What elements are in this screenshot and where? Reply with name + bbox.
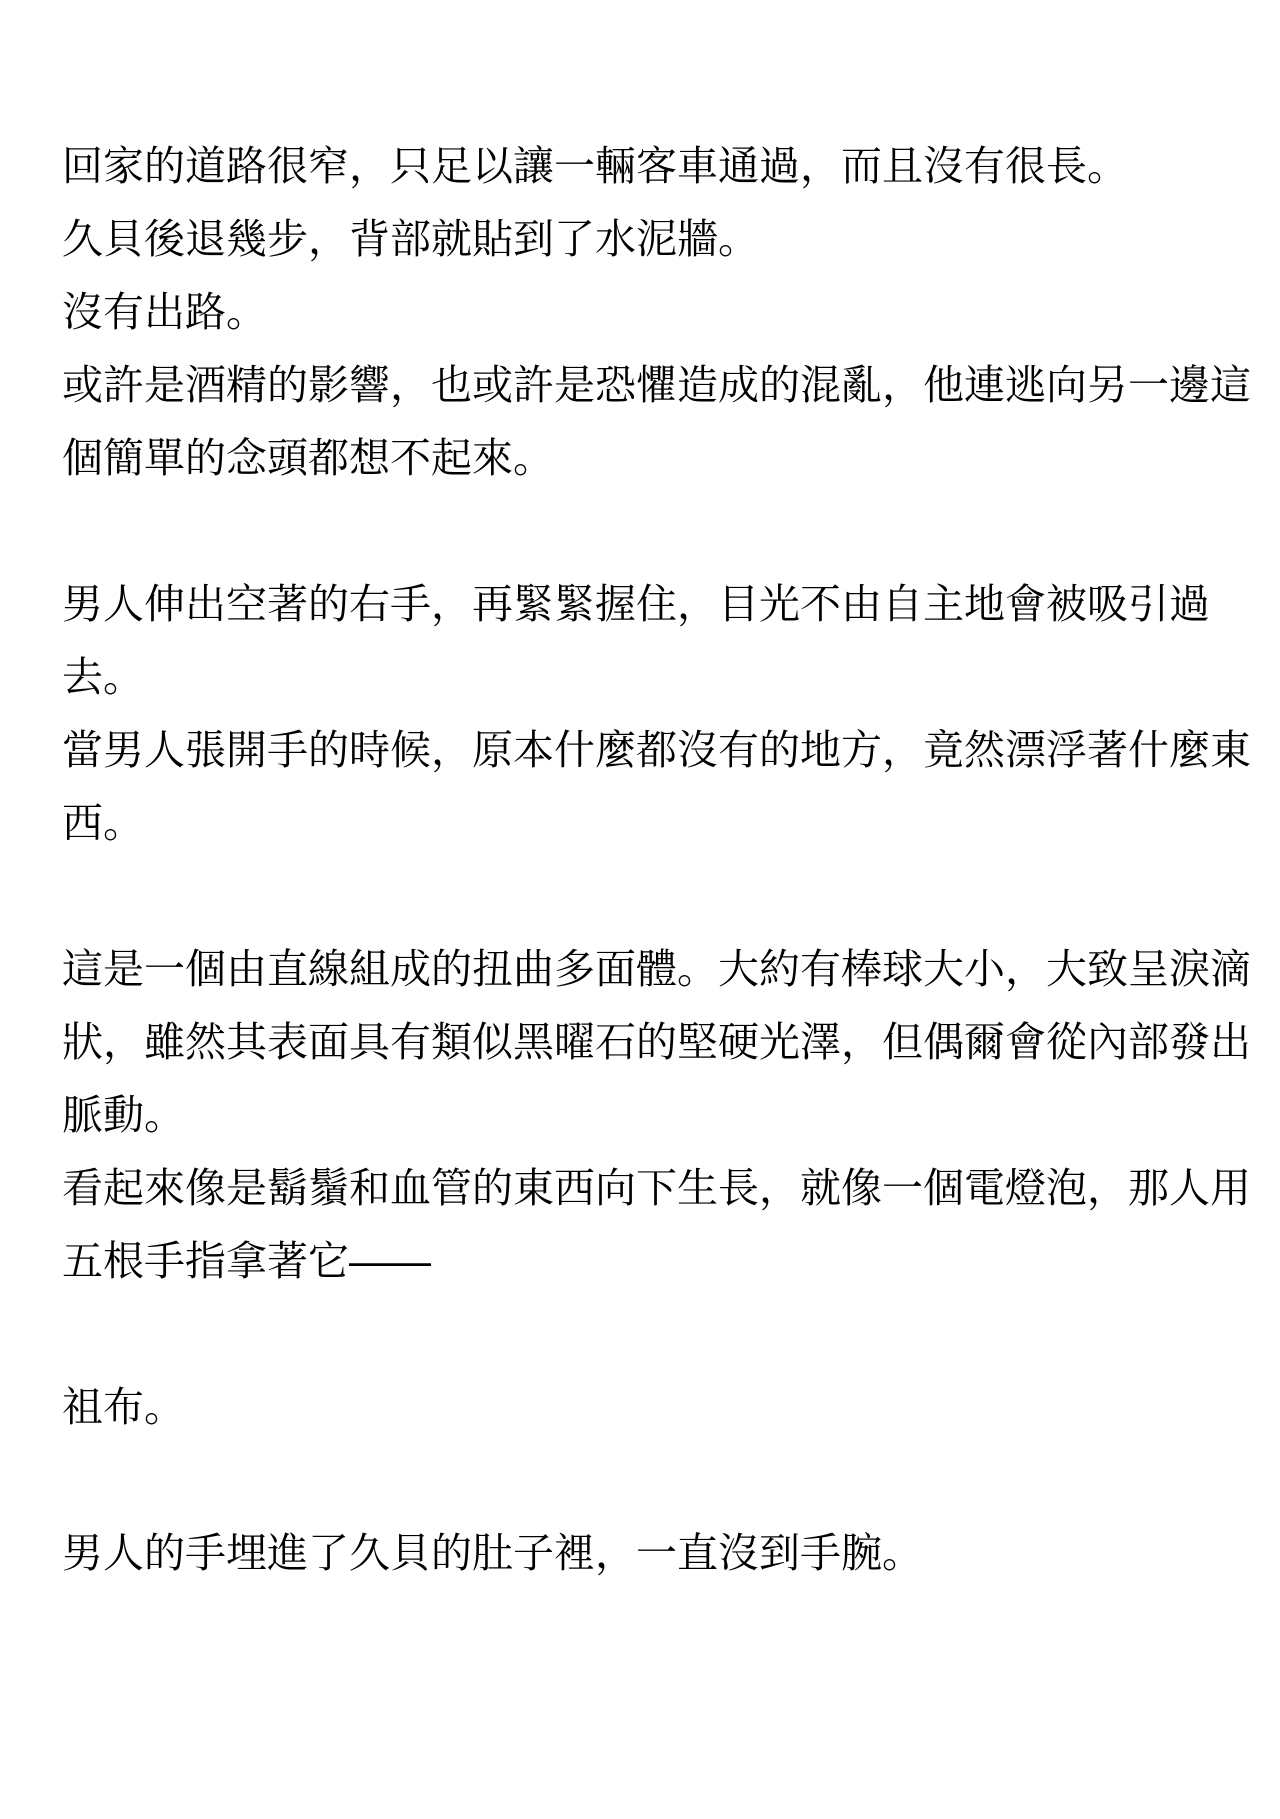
text-line: 脈動。	[62, 1079, 1240, 1152]
text-line: 或許是酒精的影響，也或許是恐懼造成的混亂，他連逃向另一邊這	[62, 349, 1240, 422]
text-line: 男人伸出空著的右手，再緊緊握住，目光不由自主地會被吸引過	[62, 568, 1240, 641]
reader-page: { "page": { "background_color": "#ffffff…	[0, 0, 1280, 1819]
text-line: 去。	[62, 641, 1240, 714]
text-line: 這是一個由直線組成的扭曲多面體。大約有棒球大小，大致呈淚滴	[62, 933, 1240, 1006]
text-line: 看起來像是鬍鬚和血管的東西向下生長，就像一個電燈泡，那人用	[62, 1152, 1240, 1225]
blank-line	[62, 495, 1240, 568]
text-line: 個簡單的念頭都想不起來。	[62, 422, 1240, 495]
text-line: 五根手指拿著它——	[62, 1225, 1240, 1298]
text-line: 西。	[62, 787, 1240, 860]
text-line: 久貝後退幾步，背部就貼到了水泥牆。	[62, 203, 1240, 276]
text-line: 當男人張開手的時候，原本什麼都沒有的地方，竟然漂浮著什麼東	[62, 714, 1240, 787]
blank-line	[62, 860, 1240, 933]
text-line: 祖布。	[62, 1371, 1240, 1444]
blank-line	[62, 1444, 1240, 1517]
text-line: 狀，雖然其表面具有類似黑曜石的堅硬光澤，但偶爾會從內部發出	[62, 1006, 1240, 1079]
text-line: 回家的道路很窄，只足以讓一輛客車通過，而且沒有很長。	[62, 130, 1240, 203]
text-line: 男人的手埋進了久貝的肚子裡，一直沒到手腕。	[62, 1517, 1240, 1590]
novel-text-page: 回家的道路很窄，只足以讓一輛客車通過，而且沒有很長。 久貝後退幾步，背部就貼到了…	[0, 0, 1280, 1819]
blank-line	[62, 1298, 1240, 1371]
text-line: 沒有出路。	[62, 276, 1240, 349]
